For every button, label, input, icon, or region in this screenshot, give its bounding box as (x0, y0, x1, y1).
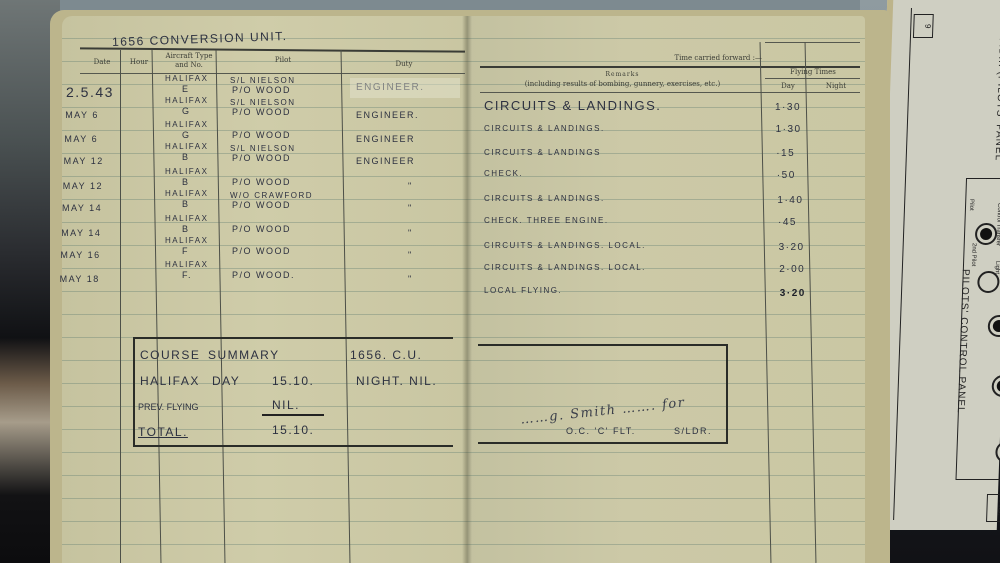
entry-remarks: Check. Three Engine. (484, 216, 609, 225)
summary-day-label: Day (212, 374, 240, 388)
entry-date: 2.5.43 (66, 84, 114, 100)
entry-pilot-1: S/L Nielson (230, 144, 296, 153)
entry-aircraft-number: B (182, 152, 190, 162)
column-divider (120, 50, 121, 563)
label-2nd-pilot: 2nd Pilot (970, 243, 977, 266)
entry-aircraft-type: Halifax (165, 96, 208, 105)
entry-aircraft-number: F (182, 246, 189, 256)
entry-aircraft-number: B (182, 224, 190, 234)
entry-aircraft-number: G (182, 130, 191, 140)
header-aircraft: Aircraft Type and No. (158, 52, 220, 70)
summary-title-2: Summary (208, 348, 280, 362)
entry-pilot-1: S/L Nielson (230, 98, 296, 107)
entry-remarks: Circuits & Landings. Local. (484, 263, 646, 272)
entry-aircraft-number: E (182, 84, 190, 94)
entry-remarks: Circuits & Landings. (484, 124, 605, 133)
entry-day-time: 1·30 (775, 102, 801, 113)
entry-day-time: ·45 (778, 217, 797, 228)
entry-pilot-2: P/O Wood (232, 224, 291, 234)
entry-date: May 18 (60, 274, 100, 284)
entry-day-time: ·15 (776, 148, 795, 159)
summary-title-1: Course (140, 348, 200, 362)
header-remarks-sub: (including results of bombing, gunnery, … (480, 80, 765, 89)
entry-duty: Engineer (356, 134, 415, 144)
entry-pilot-1: W/O Crawford (230, 191, 313, 200)
entry-duty: " (408, 228, 413, 238)
entry-duty: " (408, 274, 413, 284)
entry-date: May 6 (65, 110, 99, 120)
entry-pilot-2: P/O Wood (232, 130, 291, 140)
manual-page-frame: 9 P.D.I. (PILOTS' PANEL Servo P.D.I. Con… (893, 8, 1000, 520)
entry-date: May 12 (64, 156, 104, 166)
flying-times-divider (765, 78, 860, 79)
entry-day-time: 3·20 (780, 288, 806, 299)
summary-prev-value: Nil. (272, 398, 300, 412)
summary-unit: 1656. C.U. (350, 348, 422, 362)
entry-day-time: 3·20 (779, 242, 805, 253)
summary-night: Night. Nil. (356, 374, 437, 388)
times-carried-forward-label: Time carried forward :— (640, 54, 762, 63)
entry-pilot-1: S/L Nielson (230, 76, 296, 85)
entry-remarks: Circuits & Landings. Local. (484, 241, 646, 250)
entry-aircraft-type: Halifax (165, 189, 208, 198)
signoff-role: O.C. 'C' FLT. (566, 426, 636, 436)
summary-total-label: Total. (138, 425, 188, 439)
summary-day-value: 15.10. (272, 374, 314, 388)
entry-aircraft-number: B (182, 177, 190, 187)
entry-aircraft-number: B (182, 199, 190, 209)
entry-duty: Engineer. (356, 110, 419, 120)
book-gutter (462, 16, 472, 563)
header-date: Date (84, 58, 120, 67)
entry-day-time: 1·40 (777, 195, 803, 206)
entry-duty: " (408, 181, 413, 191)
fig-number: 9 (923, 24, 932, 28)
entry-aircraft-type: Halifax (165, 214, 208, 223)
entry-date: May 12 (63, 181, 103, 191)
fig-label: FIG. (996, 500, 1000, 516)
header-hour: Hour (122, 58, 156, 67)
lamp-icon (977, 271, 1000, 293)
entry-date: May 6 (64, 134, 98, 144)
paper-label-strip (350, 78, 460, 98)
header-flying-times: Flying Times (766, 68, 860, 77)
entry-day-time: 1·30 (776, 124, 802, 135)
fig-box-top: 9 (913, 14, 934, 38)
entry-date: May 14 (61, 228, 101, 238)
summary-underline (262, 414, 324, 416)
knob-icon (987, 315, 1000, 337)
signoff-rank: S/LDR. (674, 426, 712, 436)
entry-pilot-2: P/O Wood (232, 177, 291, 187)
entry-aircraft-type: Halifax (165, 167, 208, 176)
entry-remarks: Circuits & Landings. (484, 98, 661, 113)
header-day: Day (766, 82, 810, 91)
header-bottom-rule (80, 73, 465, 74)
label-control-transfer: Control Transfer (995, 203, 1000, 246)
label-pilot: Pilot (968, 199, 974, 211)
entry-remarks: Circuits & Landings (484, 148, 601, 157)
entry-date: May 14 (62, 203, 102, 213)
entry-aircraft-type: Halifax (165, 236, 208, 245)
entry-duty: " (408, 203, 413, 213)
entry-remarks: Local Flying. (484, 286, 562, 295)
entry-pilot-2: P/O Wood (232, 200, 291, 210)
entry-aircraft-number: G (182, 106, 191, 116)
entry-aircraft-type: Halifax (165, 120, 208, 129)
header-pilot: Pilot (222, 56, 344, 65)
fig-box-bottom: FIG. (986, 494, 1000, 522)
entry-aircraft-type: Halifax (165, 260, 208, 269)
entry-day-time: 2·00 (779, 264, 805, 275)
right-header-bottom-rule (480, 92, 860, 93)
entry-pilot-2: P/O Wood (232, 246, 291, 256)
entry-aircraft-number: F. (182, 270, 192, 280)
panel-title: PILOTS' CONTROL PANEL (955, 269, 971, 414)
entry-aircraft-type: Halifax (165, 142, 208, 151)
entry-remarks: Circuits & Landings. (484, 194, 605, 203)
header-remarks: Remarks (480, 70, 765, 79)
header-duty: Duty (348, 60, 460, 69)
entry-duty: Engineer (356, 156, 415, 166)
entry-aircraft-type: Halifax (165, 74, 208, 83)
entry-duty: " (408, 250, 413, 260)
control-panel-diagram: Servo P.D.I. Control Transfer Light Pilo… (955, 178, 1000, 480)
summary-total-value: 15.10. (272, 423, 314, 437)
entry-pilot-2: P/O Wood (232, 85, 291, 95)
knob-icon (991, 375, 1000, 397)
entry-pilot-2: P/O Wood (232, 153, 291, 163)
entry-pilot-2: P/O Wood. (232, 270, 295, 280)
summary-aircraft: Halifax (140, 374, 200, 388)
forward-box-top (765, 42, 860, 43)
knob-icon (995, 441, 1000, 463)
summary-prev-label: Prev. Flying (138, 402, 199, 412)
entry-remarks: Check. (484, 169, 523, 178)
entry-pilot-2: P/O Wood (232, 107, 291, 117)
header-night: Night (812, 82, 860, 91)
manual-page-title: P.D.I. (PILOTS' PANEL (993, 38, 1000, 161)
entry-day-time: ·50 (777, 170, 796, 181)
entry-date: May 16 (60, 250, 100, 260)
